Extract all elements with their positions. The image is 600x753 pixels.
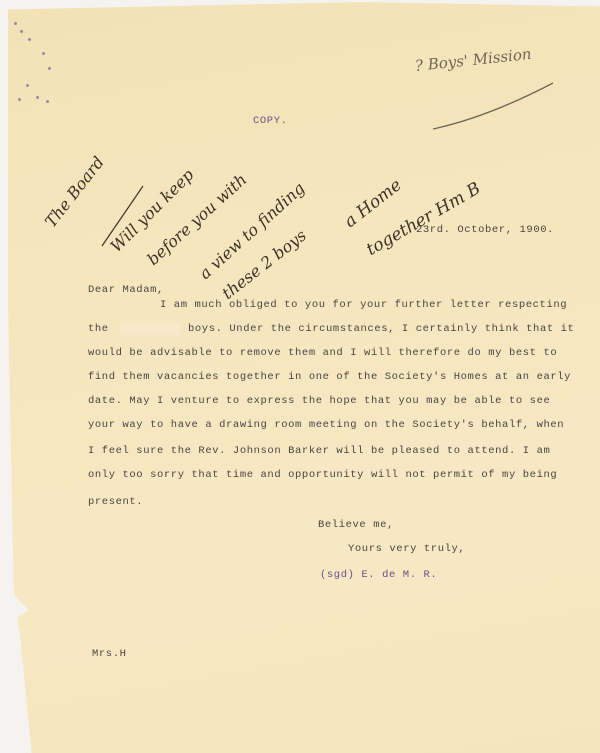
redacted-name (120, 323, 180, 335)
pencil-note: ? Boys' Mission (414, 45, 532, 75)
body-line-4: find them vacancies together in one of t… (88, 371, 571, 383)
pencil-stroke (428, 77, 558, 137)
salutation: Dear Madam, (88, 284, 164, 296)
copy-header: COPY. (253, 115, 288, 127)
body-line-9: present. (88, 496, 143, 508)
body-line-2: boys. Under the circumstances, I certain… (188, 323, 574, 335)
body-line-3: would be advisable to remove them and I … (88, 347, 557, 359)
signature: (sgd) E. de M. R. (320, 569, 437, 581)
letter-page: ? Boys' Mission COPY. The Board Will you… (8, 2, 600, 753)
letter-date: 23rd. October, 1900. (416, 224, 554, 236)
body-line-7: I feel sure the Rev. Johnson Barker will… (88, 445, 550, 457)
closing-believe-me: Believe me, (318, 519, 394, 531)
body-line-5: date. May I venture to express the hope … (88, 395, 550, 407)
closing-yours-truly: Yours very truly, (348, 543, 465, 555)
body-line-1: I am much obliged to you for your furthe… (160, 299, 567, 311)
body-line-8: only too sorry that time and opportunity… (88, 469, 557, 481)
body-line-6: your way to have a drawing room meeting … (88, 419, 564, 431)
body-line-2-prefix: the (88, 323, 109, 335)
addressee: Mrs.H (92, 648, 127, 660)
